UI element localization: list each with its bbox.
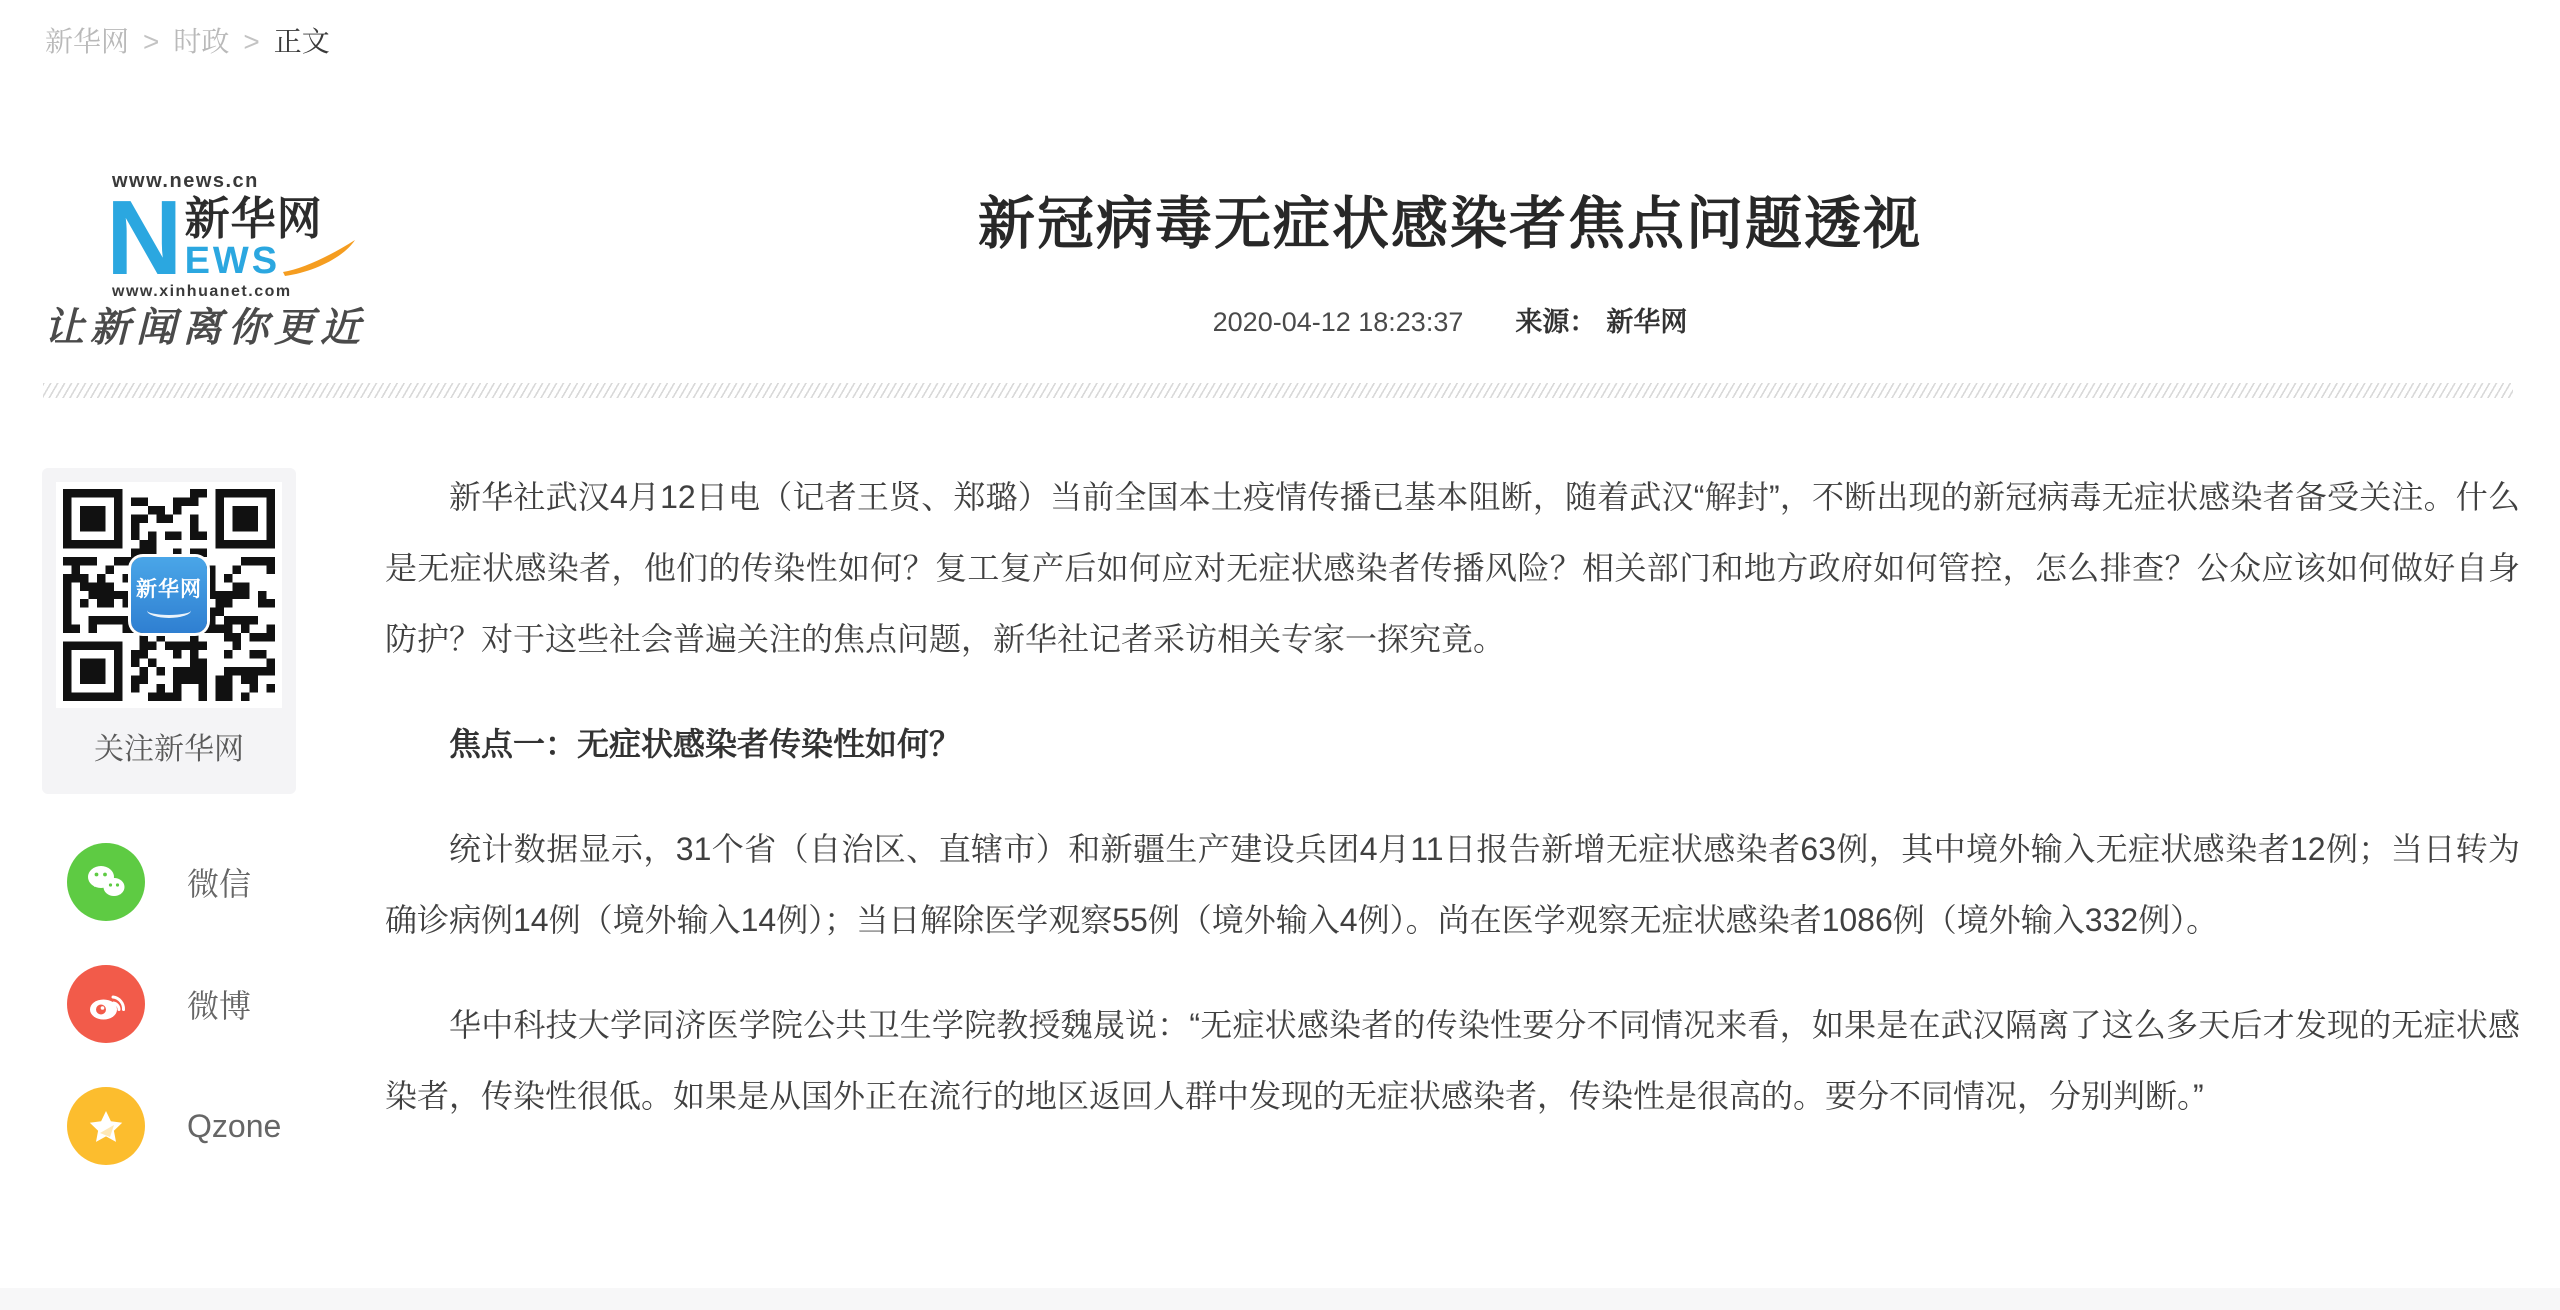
source-value[interactable]: 新华网 [1606, 307, 1687, 337]
share-wechat-button[interactable]: 微信 [67, 843, 281, 921]
article-heading: 焦点一：无症状感染者传染性如何？ [385, 709, 2520, 780]
xinhuanet-logo[interactable]: www.news.cn N 新华网 EWS www.xinhuanet.com [106, 170, 356, 301]
article-paragraph: 统计数据显示，31个省（自治区、直辖市）和新疆生产建设兵团4月11日报告新增无症… [385, 814, 2520, 956]
qr-center-text: 新华网 [136, 573, 202, 603]
logo-graphic: N 新华网 EWS [106, 195, 356, 281]
wechat-icon [67, 843, 145, 921]
article-paragraph: 华中科技大学同济医学院公共卫生学院教授魏晟说：“无症状感染者的传染性要分不同情况… [385, 990, 2520, 1132]
page: 新华网>时政>正文 www.news.cn N 新华网 EWS www.xinh… [0, 0, 2560, 1310]
article-paragraph: 新华社武汉4月12日电（记者王贤、郑璐）当前全国本土疫情传播已基本阻断，随着武汉… [385, 462, 2520, 675]
article-dateline: 2020-04-12 18:23:37来源：新华网 [385, 300, 2515, 339]
qr-center-logo: 新华网 [131, 557, 207, 633]
logo-cn-text: 新华网 [185, 195, 357, 243]
logo-letter-n: N [106, 195, 183, 281]
source-label: 来源： [1515, 307, 1596, 337]
share-label: 微信 [187, 859, 251, 905]
article-body: 新华社武汉4月12日电（记者王贤、郑璐）当前全国本土疫情传播已基本阻断，随着武汉… [385, 462, 2520, 1166]
breadcrumb-item-2[interactable]: 时政 [173, 26, 229, 57]
bottom-strip [0, 1288, 2560, 1310]
breadcrumb-item-1[interactable]: 新华网 [45, 26, 129, 57]
breadcrumb: 新华网>时政>正文 [45, 20, 330, 60]
logo-slogan: 让新闻离你更近 [44, 296, 334, 353]
breadcrumb-separator: > [143, 26, 159, 57]
breadcrumb-separator: > [243, 26, 259, 57]
share-label: Qzone [187, 1108, 281, 1145]
weibo-icon [67, 965, 145, 1043]
article-title: 新冠病毒无症状感染者焦点问题透视 [385, 178, 2515, 260]
breadcrumb-item-3: 正文 [274, 26, 330, 57]
publish-datetime: 2020-04-12 18:23:37 [1213, 307, 1464, 337]
share-label: 微博 [187, 981, 251, 1027]
share-weibo-button[interactable]: 微博 [67, 965, 281, 1043]
logo-ews-text: EWS [185, 241, 281, 281]
logo-swoosh-icon [282, 239, 356, 277]
share-qzone-button[interactable]: Qzone [67, 1087, 281, 1165]
qr-center-swoosh-icon [147, 603, 191, 618]
qr-code: 新华网 [56, 482, 282, 708]
hatched-divider [43, 383, 2513, 398]
share-list: 微信微博Qzone [67, 843, 281, 1209]
qr-card: 新华网 关注新华网 [42, 468, 296, 794]
qr-caption: 关注新华网 [42, 724, 296, 768]
qzone-icon [67, 1087, 145, 1165]
